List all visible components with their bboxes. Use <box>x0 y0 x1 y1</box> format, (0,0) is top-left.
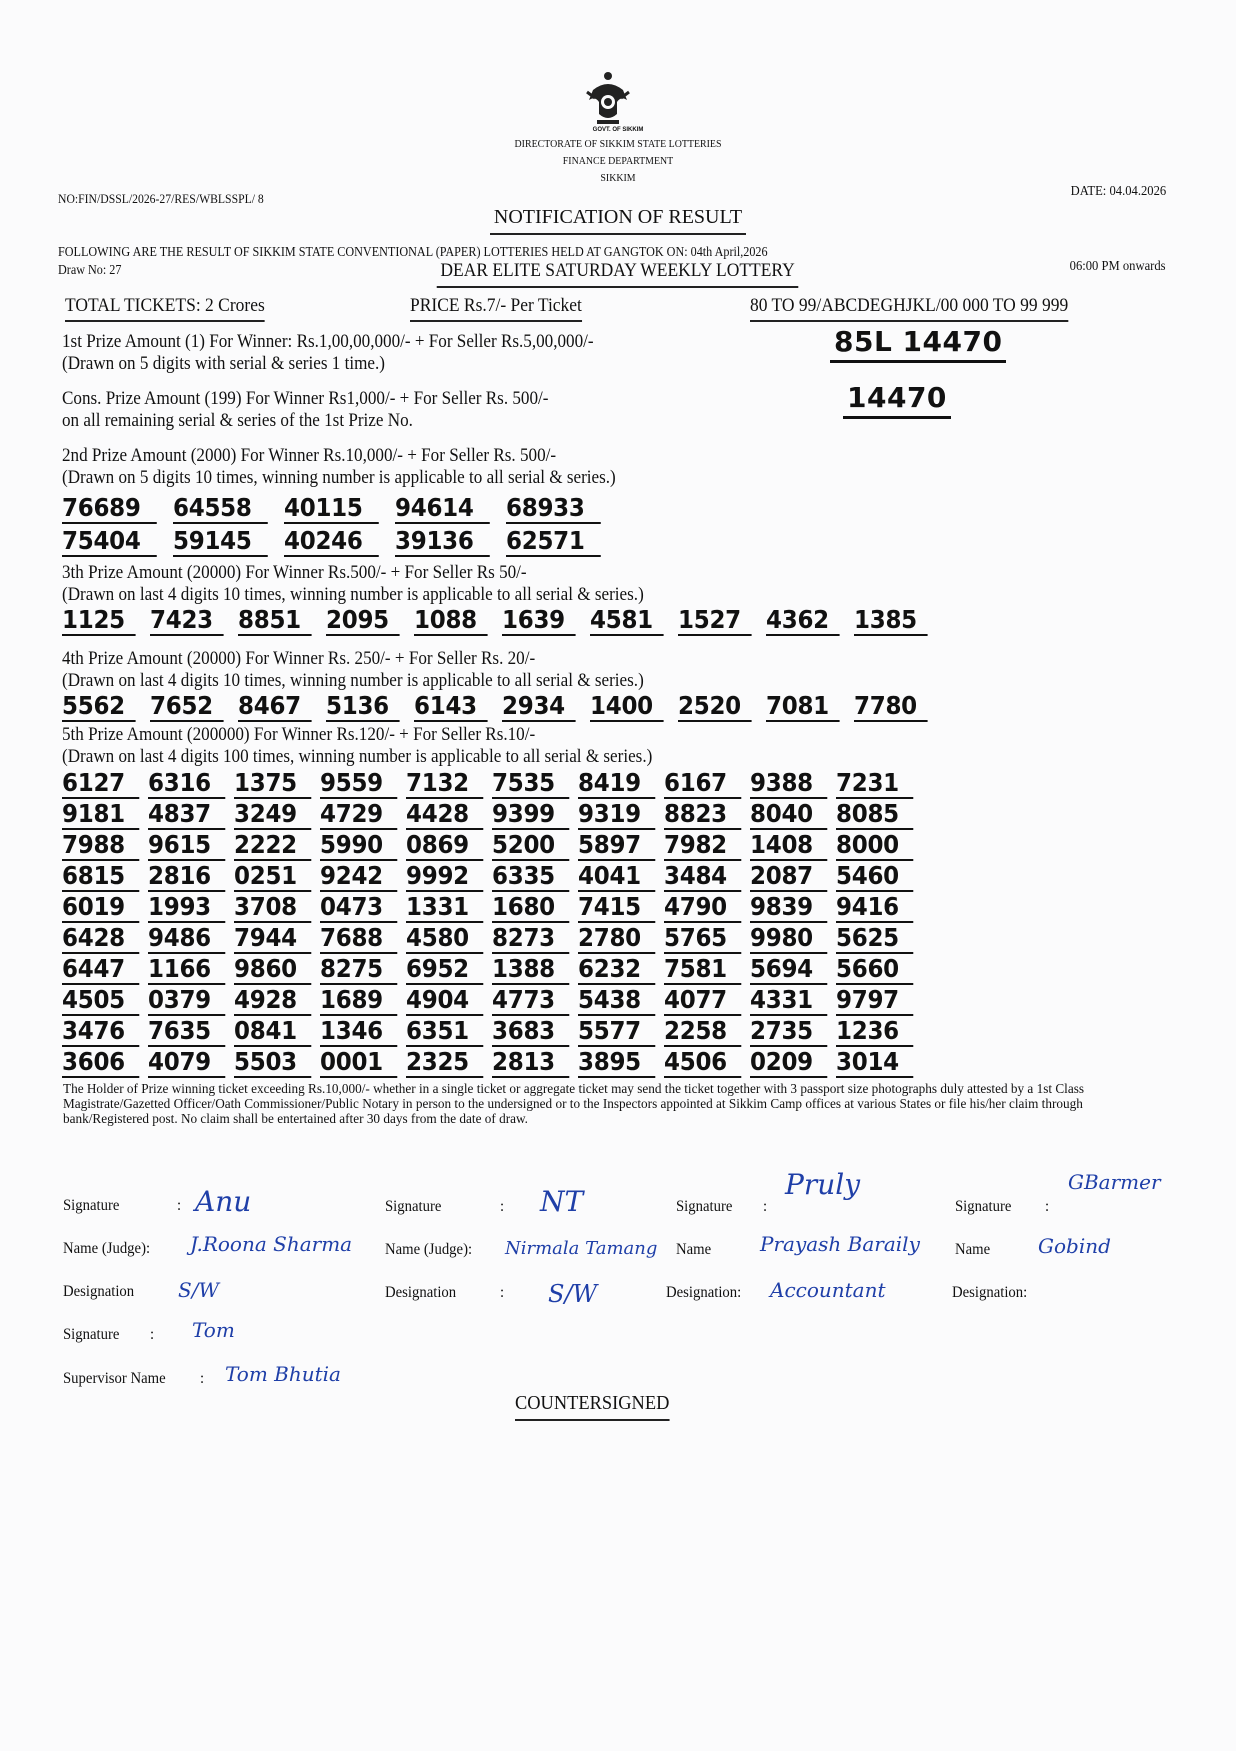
prize-number: 8823 <box>664 800 741 830</box>
result-statement: FOLLOWING ARE THE RESULT OF SIKKIM STATE… <box>58 244 768 260</box>
prize-number: 1236 <box>836 1017 913 1047</box>
first-prize-number: 85L 14470 <box>830 325 1006 363</box>
prize-number: 5625 <box>836 924 913 954</box>
prize-number: 9319 <box>578 800 655 830</box>
prize-number: 40115 <box>284 494 379 524</box>
prize-number: 0209 <box>750 1048 827 1078</box>
prize-number: 1400 <box>590 692 664 722</box>
prize-number: 0001 <box>320 1048 397 1078</box>
prize-number: 6019 <box>62 893 139 923</box>
prize-number: 4580 <box>406 924 483 954</box>
accountant-name: Prayash Baraily <box>760 1232 920 1256</box>
prize-number: 1166 <box>148 955 225 985</box>
third-prize-numbers: 1125742388512095108816394581152743621385 <box>62 606 934 636</box>
prize-number: 5460 <box>836 862 913 892</box>
prize-number: 4362 <box>766 606 840 636</box>
prize-number: 9992 <box>406 862 483 892</box>
prize-number: 9860 <box>234 955 311 985</box>
prize-number: 2780 <box>578 924 655 954</box>
prize-number: 2520 <box>678 692 752 722</box>
accountant-designation: Accountant <box>770 1278 886 1302</box>
prize-number: 0869 <box>406 831 483 861</box>
prize-number: 8040 <box>750 800 827 830</box>
prize-number: 9559 <box>320 769 397 799</box>
fourth-prize-description: 4th Prize Amount (20000) For Winner Rs. … <box>62 648 535 670</box>
prize-number: 1125 <box>62 606 136 636</box>
supervisor-signature: Tom <box>192 1318 235 1342</box>
total-tickets: TOTAL TICKETS: 2 Crores <box>65 295 265 322</box>
prize-number: 4773 <box>492 986 569 1016</box>
prize-number: 6952 <box>406 955 483 985</box>
judge-2-designation: S/W <box>548 1280 597 1308</box>
fourth-prize-numbers: 5562765284675136614329341400252070817780 <box>62 692 934 722</box>
fifth-prize-description: 5th Prize Amount (200000) For Winner Rs.… <box>62 724 535 746</box>
prize-number: 4506 <box>664 1048 741 1078</box>
prize-number: 4041 <box>578 862 655 892</box>
judge-1-designation: S/W <box>178 1278 219 1302</box>
supervisor-name-label: Supervisor Name <box>63 1370 166 1388</box>
series-range: 80 TO 99/ABCDEGHJKL/00 000 TO 99 999 <box>750 295 1068 322</box>
prize-number: 6167 <box>664 769 741 799</box>
colon: : <box>500 1198 504 1216</box>
prize-number: 1408 <box>750 831 827 861</box>
prize-number: 40246 <box>284 527 379 557</box>
colon: : <box>177 1197 181 1215</box>
prize-number: 9242 <box>320 862 397 892</box>
prize-number: 7988 <box>62 831 139 861</box>
prize-number: 8467 <box>238 692 312 722</box>
prize-number: 3708 <box>234 893 311 923</box>
official-4-name: Gobind <box>1038 1234 1111 1258</box>
judge-2-signature: NT <box>540 1185 583 1218</box>
prize-number: 7688 <box>320 924 397 954</box>
judge-2-name: Nirmala Tamang <box>505 1238 657 1259</box>
prize-number: 8419 <box>578 769 655 799</box>
prize-number: 6815 <box>62 862 139 892</box>
prize-number: 7535 <box>492 769 569 799</box>
prize-number: 7982 <box>664 831 741 861</box>
prize-number: 9980 <box>750 924 827 954</box>
prize-number: 7423 <box>150 606 224 636</box>
prize-number: 9388 <box>750 769 827 799</box>
state-heading: SIKKIM <box>62 172 1174 184</box>
second-prize-description: 2nd Prize Amount (2000) For Winner Rs.10… <box>62 445 556 467</box>
prize-number: 62571 <box>506 527 601 557</box>
prize-number: 3484 <box>664 862 741 892</box>
second-prize-row-2: 75404 59145 40246 39136 62571 <box>62 527 609 557</box>
official-4-signature: GBarmer <box>1068 1170 1161 1194</box>
prize-number: 2735 <box>750 1017 827 1047</box>
prize-number: 7581 <box>664 955 741 985</box>
prize-number: 8275 <box>320 955 397 985</box>
claim-notice: The Holder of Prize winning ticket excee… <box>63 1081 1161 1126</box>
prize-number: 0473 <box>320 893 397 923</box>
prize-number: 5897 <box>578 831 655 861</box>
prize-number: 6232 <box>578 955 655 985</box>
accountant-signature: Pruly <box>785 1168 860 1201</box>
prize-number: 2087 <box>750 862 827 892</box>
prize-number: 6351 <box>406 1017 483 1047</box>
designation-label: Designation <box>63 1283 134 1301</box>
prize-number: 4077 <box>664 986 741 1016</box>
prize-number: 1993 <box>148 893 225 923</box>
prize-number: 39136 <box>395 527 490 557</box>
second-prize-row-1: 76689 64558 40115 94614 68933 <box>62 494 609 524</box>
prize-number: 1331 <box>406 893 483 923</box>
prize-number: 4928 <box>234 986 311 1016</box>
prize-number: 0379 <box>148 986 225 1016</box>
prize-number: 1375 <box>234 769 311 799</box>
department-heading: FINANCE DEPARTMENT <box>62 155 1174 167</box>
prize-number: 1385 <box>854 606 928 636</box>
prize-number: 9839 <box>750 893 827 923</box>
colon: : <box>150 1326 154 1344</box>
prize-number: 3014 <box>836 1048 913 1078</box>
countersigned-label: COUNTERSIGNED <box>515 1392 669 1421</box>
prize-number: 7780 <box>854 692 928 722</box>
prize-number: 7635 <box>148 1017 225 1047</box>
prize-number: 1639 <box>502 606 576 636</box>
designation-label: Designation: <box>952 1284 1027 1302</box>
prize-number: 8851 <box>238 606 312 636</box>
prize-number: 9181 <box>62 800 139 830</box>
prize-number: 7081 <box>766 692 840 722</box>
prize-number: 6428 <box>62 924 139 954</box>
reference-number: NO:FIN/DSSL/2026-27/RES/WBLSSPL/ 8 <box>58 191 264 207</box>
prize-number: 5990 <box>320 831 397 861</box>
prize-number: 4904 <box>406 986 483 1016</box>
fourth-prize-note: (Drawn on last 4 digits 10 times, winnin… <box>62 670 644 692</box>
prize-number: 5660 <box>836 955 913 985</box>
prize-number: 64558 <box>173 494 268 524</box>
prize-number: 5438 <box>578 986 655 1016</box>
prize-number: 3476 <box>62 1017 139 1047</box>
prize-number: 1088 <box>414 606 488 636</box>
prize-number: 3606 <box>62 1048 139 1078</box>
signature-label: Signature <box>63 1326 119 1344</box>
prize-number: 8000 <box>836 831 913 861</box>
ticket-price: PRICE Rs.7/- Per Ticket <box>410 295 582 322</box>
prize-number: 2813 <box>492 1048 569 1078</box>
third-prize-description: 3th Prize Amount (20000) For Winner Rs.5… <box>62 562 527 584</box>
signature-label: Signature <box>63 1197 119 1215</box>
designation-label: Designation <box>385 1284 456 1302</box>
prize-number: 9486 <box>148 924 225 954</box>
fifth-prize-note: (Drawn on last 4 digits 100 times, winni… <box>62 746 652 768</box>
prize-number: 5200 <box>492 831 569 861</box>
prize-number: 7944 <box>234 924 311 954</box>
prize-number: 75404 <box>62 527 157 557</box>
prize-number: 3683 <box>492 1017 569 1047</box>
prize-number: 9797 <box>836 986 913 1016</box>
name-label: Name (Judge): <box>63 1240 150 1258</box>
prize-number: 6335 <box>492 862 569 892</box>
prize-number: 6143 <box>414 692 488 722</box>
prize-number: 5562 <box>62 692 136 722</box>
prize-number: 1680 <box>492 893 569 923</box>
colon: : <box>763 1198 767 1216</box>
prize-number: 7231 <box>836 769 913 799</box>
supervisor-name: Tom Bhutia <box>225 1362 341 1386</box>
lottery-name: DEAR ELITE SATURDAY WEEKLY LOTTERY <box>437 260 799 288</box>
judge-1-name: J.Roona Sharma <box>190 1232 352 1256</box>
prize-number: 2222 <box>234 831 311 861</box>
fifth-prize-numbers: 6127631613759559713275358419616793887231… <box>62 769 922 1078</box>
prize-number: 2934 <box>502 692 576 722</box>
prize-number: 1388 <box>492 955 569 985</box>
prize-number: 4729 <box>320 800 397 830</box>
prize-number: 9399 <box>492 800 569 830</box>
prize-number: 1527 <box>678 606 752 636</box>
prize-number: 4837 <box>148 800 225 830</box>
name-label: Name <box>676 1241 711 1259</box>
signature-label: Signature <box>955 1198 1011 1216</box>
prize-number: 94614 <box>395 494 490 524</box>
prize-number: 9416 <box>836 893 913 923</box>
prize-number: 3895 <box>578 1048 655 1078</box>
prize-number: 6127 <box>62 769 139 799</box>
colon: : <box>200 1370 204 1388</box>
prize-number: 8273 <box>492 924 569 954</box>
prize-number: 0841 <box>234 1017 311 1047</box>
third-prize-note: (Drawn on last 4 digits 10 times, winnin… <box>62 584 644 606</box>
first-prize-note: (Drawn on 5 digits with serial & series … <box>62 353 385 375</box>
prize-number: 5503 <box>234 1048 311 1078</box>
prize-number: 59145 <box>173 527 268 557</box>
prize-number: 6447 <box>62 955 139 985</box>
notification-date: DATE: 04.04.2026 <box>1070 184 1166 200</box>
prize-number: 7132 <box>406 769 483 799</box>
prize-number: 4790 <box>664 893 741 923</box>
name-label: Name <box>955 1241 990 1259</box>
cons-prize-note: on all remaining serial & series of the … <box>62 410 413 432</box>
govt-label: GOVT. OF SIKKIM <box>0 127 1236 133</box>
prize-number: 5765 <box>664 924 741 954</box>
sikkim-state-emblem-icon <box>583 70 633 128</box>
signature-label: Signature <box>385 1198 441 1216</box>
colon: : <box>1045 1198 1049 1216</box>
prize-number: 4505 <box>62 986 139 1016</box>
prize-number: 9615 <box>148 831 225 861</box>
prize-number: 5694 <box>750 955 827 985</box>
prize-number: 2325 <box>406 1048 483 1078</box>
prize-number: 5577 <box>578 1017 655 1047</box>
prize-number: 5136 <box>326 692 400 722</box>
prize-number: 8085 <box>836 800 913 830</box>
prize-number: 2095 <box>326 606 400 636</box>
prize-number: 2816 <box>148 862 225 892</box>
first-prize-description: 1st Prize Amount (1) For Winner: Rs.1,00… <box>62 331 594 353</box>
prize-number: 4079 <box>148 1048 225 1078</box>
prize-number: 1689 <box>320 986 397 1016</box>
prize-number: 4331 <box>750 986 827 1016</box>
prize-number: 68933 <box>506 494 601 524</box>
designation-label: Designation: <box>666 1284 741 1302</box>
second-prize-note: (Drawn on 5 digits 10 times, winning num… <box>62 467 616 489</box>
prize-number: 4428 <box>406 800 483 830</box>
prize-number: 6316 <box>148 769 225 799</box>
prize-number: 7415 <box>578 893 655 923</box>
cons-prize-description: Cons. Prize Amount (199) For Winner Rs1,… <box>62 388 548 410</box>
name-label: Name (Judge): <box>385 1241 472 1259</box>
directorate-heading: DIRECTORATE OF SIKKIM STATE LOTTERIES <box>62 138 1174 150</box>
prize-number: 76689 <box>62 494 157 524</box>
page-title: NOTIFICATION OF RESULT <box>490 206 746 235</box>
draw-time: 06:00 PM onwards <box>1070 259 1166 275</box>
cons-prize-number: 14470 <box>843 381 951 419</box>
prize-number: 4581 <box>590 606 664 636</box>
prize-number: 1346 <box>320 1017 397 1047</box>
prize-number: 3249 <box>234 800 311 830</box>
signature-label: Signature <box>676 1198 732 1216</box>
judge-1-signature: Anu <box>195 1185 251 1218</box>
prize-number: 2258 <box>664 1017 741 1047</box>
colon: : <box>500 1284 504 1302</box>
prize-number: 7652 <box>150 692 224 722</box>
prize-number: 0251 <box>234 862 311 892</box>
